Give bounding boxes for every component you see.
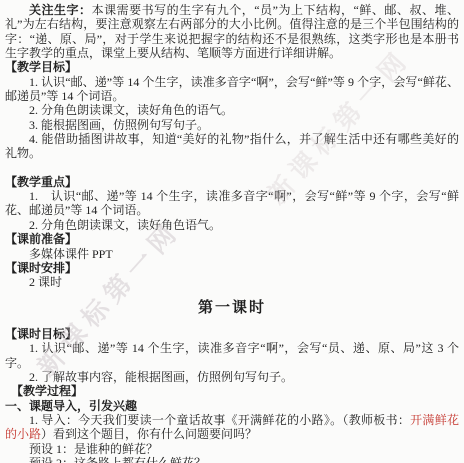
teaching-goal-item: 4. 能借助插图讲故事，知道“美好的礼物”指什么，并了解生活中还有哪些美好的礼物… (5, 132, 459, 161)
intro-label: 关注生字： (29, 3, 92, 17)
lead-in-suffix: ）看到这个题目，你有什么问题要问吗？ (41, 427, 257, 441)
teaching-goal-item: 3. 能根据图画，仿照例句写句子。 (5, 118, 459, 132)
lead-in-prefix: 1. 导入：今天我们要读一个童话故事《开满鲜花的小路》。（教师板书： (29, 413, 410, 427)
section-header-teaching-goals: 【教学目标】 (5, 60, 459, 74)
session-goal-item: 2. 了解故事内容，能根据图画，仿照例句写句子。 (5, 370, 459, 384)
section-header-teaching-focus: 【教学重点】 (5, 175, 459, 189)
session-goal-item: 1. 认识“邮、递”等 14 个生字，读准多音字“啊”，会写“员、递、原、局”这… (5, 341, 459, 370)
session-title: 第一课时 (5, 301, 459, 315)
teaching-goal-item: 1. 认识“邮、递”等 14 个生字，读准多音字“啊”，会写“鲜”等 9 个字，… (5, 75, 459, 104)
section-header-process: 【教学过程】 (11, 384, 459, 398)
section-header-schedule: 【课时安排】 (5, 261, 459, 275)
process-step-one-heading: 一、课题导入，引发兴趣 (5, 399, 459, 413)
teaching-goal-item: 2. 分角色朗读课文，读好角色的语气。 (5, 103, 459, 117)
lead-in-paragraph: 1. 导入：今天我们要读一个童话故事《开满鲜花的小路》。（教师板书：开满鲜花的小… (5, 413, 459, 442)
lesson-plan-document: 新课标第一网 新课标第一网 关注生字：本课需要书写的生字有九个，“员”为上下结构… (0, 0, 464, 463)
preset-question: 预设 1：是谁种的鲜花？ (5, 442, 459, 456)
teaching-focus-item: 2. 分角色朗读课文，读好角色语气。 (5, 218, 459, 232)
preparation-content: 多媒体课件 PPT (5, 247, 459, 261)
section-header-preparation: 【课前准备】 (5, 232, 459, 246)
preset-question: 预设 2：这条路上都有什么鲜花？ (5, 456, 459, 463)
teaching-focus-item: 1. 认识“邮、递”等 14 个生字，读准多音字“啊”，会写“鲜”等 9 个字，… (5, 189, 459, 218)
section-header-session-goals: 【课时目标】 (5, 327, 459, 341)
intro-paragraph: 关注生字：本课需要书写的生字有九个，“员”为上下结构，“鲜、邮、叔、堆、礼”为左… (5, 3, 459, 60)
schedule-content: 2 课时 (5, 275, 459, 289)
